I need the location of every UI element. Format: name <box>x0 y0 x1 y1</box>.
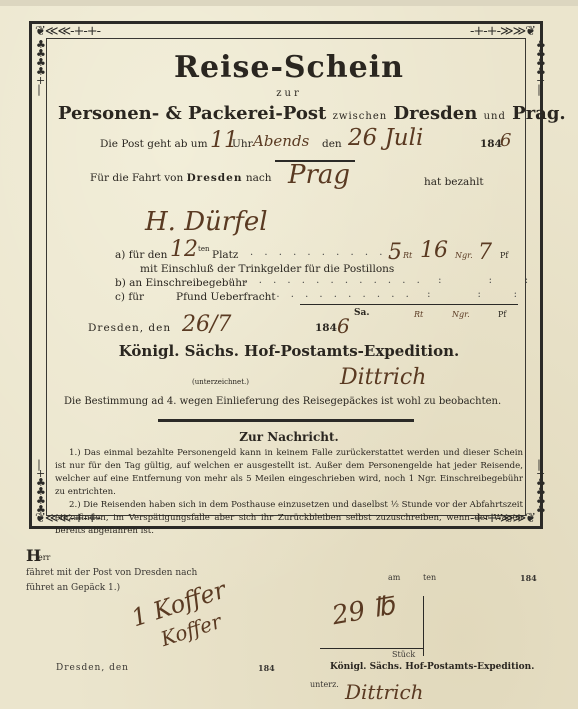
signature-handwritten: Dittrich <box>340 365 426 390</box>
slip-herr: err <box>38 553 50 562</box>
fee-a-label: a) für den <box>115 249 167 261</box>
fee-a-note: mit Einschluß der Trinkgelder für die Po… <box>140 263 394 275</box>
slip-ten: ten <box>423 573 436 582</box>
issue-year-handwritten: 6 <box>337 314 350 338</box>
corner-ornament-top-left-icon: ❦≪≪-+-+- <box>35 25 100 38</box>
departure-date-handwritten: 26 Juli <box>348 125 423 151</box>
subtitle-from: Dresden <box>393 103 477 124</box>
document-title: Reise-Schein <box>0 50 578 85</box>
slip-place: Dresden, den <box>56 663 129 673</box>
baggage-instruction: Die Bestimmung ad 4. wegen Einlieferung … <box>64 396 501 407</box>
title-zur: zur <box>0 88 578 99</box>
office-name: Königl. Sächs. Hof-Postamts-Expedition. <box>0 342 578 360</box>
departure-uhr: Uhr <box>232 138 253 150</box>
slip-unterz: unterz. <box>310 680 339 689</box>
fee-c-label: c) für <box>115 291 144 303</box>
fee-b-dots: . . . . . . . . . . . . . . : : : <box>230 275 532 286</box>
fee-a-ngr-unit: Ngr. <box>455 251 473 260</box>
sum-label: Sa. <box>354 308 369 318</box>
issue-year-print: 184 <box>315 322 337 334</box>
subtitle-service: Personen- & Packerei-Post <box>58 103 326 124</box>
notice-item-1: 1.) Das einmal bezahlte Personengeld kan… <box>55 447 523 499</box>
trip-nach: nach <box>246 172 272 184</box>
instruction-underline <box>158 419 414 422</box>
slip-year: 184 <box>520 573 537 583</box>
document-subtitle: Personen- & Packerei-Post zwischen Dresd… <box>58 103 566 124</box>
sum-pf-unit: Pf <box>498 310 506 319</box>
passenger-name-handwritten: H. Dürfel <box>145 207 268 237</box>
top-edge <box>0 0 578 6</box>
fee-a-pf-unit: Pf <box>500 251 508 260</box>
fee-a-rt-handwritten: 5 <box>388 240 402 265</box>
fee-c-dots: . . . . . . . . . . . : : : <box>262 289 521 300</box>
slip-signature-handwritten: Dittrich <box>345 680 424 704</box>
trip-prefix: Für die Fahrt von <box>90 172 183 184</box>
issue-place: Dresden, den <box>88 322 171 334</box>
departure-year-print: 184 <box>480 138 502 150</box>
fee-a-seat-handwritten: 12 <box>170 237 198 262</box>
slip-line1: fähret mit der Post von Dresden nach <box>26 568 197 578</box>
fee-a-seat-suffix: ten <box>198 245 209 253</box>
sum-rt-unit: Rt <box>414 310 423 319</box>
fee-b-label: b) an Einschreibegebühr <box>115 277 247 289</box>
slip-office: Königl. Sächs. Hof-Postamts-Expedition. <box>330 662 534 672</box>
subtitle-und: und <box>484 111 506 122</box>
sum-ngr-unit: Ngr. <box>452 310 470 319</box>
departure-line: Die Post geht ab um <box>100 138 208 150</box>
fee-a-dots: . . . . . . . . . . <box>250 247 386 258</box>
trip-from: Dresden <box>187 172 243 184</box>
notice-body: 1.) Das einmal bezahlte Personengeld kan… <box>55 447 523 538</box>
departure-den: den <box>322 138 342 150</box>
slip-year2: 184 <box>258 663 275 673</box>
notice-item-2: 2.) Die Reisenden haben sich in dem Post… <box>55 499 523 538</box>
vertical-ornament-bottom-left-icon: |+♣♣♣♣ <box>36 460 42 514</box>
subtitle-to: Prag. <box>512 103 566 124</box>
trip-paid: hat bezahlt <box>424 176 484 188</box>
slip-line2: führet an Gepäck 1.) <box>26 583 120 593</box>
trip-destination-handwritten: Prag <box>288 160 350 190</box>
fee-a-rt-unit: Rt <box>403 251 412 260</box>
departure-period-handwritten: Abends <box>253 132 309 150</box>
slip-am: am <box>388 573 400 582</box>
fee-a-platz: Platz <box>212 249 238 261</box>
fee-a-ngr-handwritten: 16 <box>420 238 448 263</box>
corner-ornament-top-right-icon: -+-+-≫≫❦ <box>470 25 535 38</box>
departure-year-handwritten: 6 <box>500 130 511 151</box>
slip-stueck: Stück <box>392 650 415 659</box>
departure-prefix: Die Post geht ab um <box>100 138 208 150</box>
slip-weight-rule <box>320 648 424 649</box>
issue-date-handwritten: 26/7 <box>182 312 231 337</box>
fee-c-rest: Pfund Ueberfracht <box>176 291 276 303</box>
notice-heading: Zur Nachricht. <box>0 430 578 444</box>
fee-a-pf-handwritten: 7 <box>478 240 492 265</box>
trip-line: Für die Fahrt von Dresden nach <box>90 172 271 184</box>
slip-weight-vertical <box>423 596 424 656</box>
subtitle-zwischen: zwischen <box>333 111 388 122</box>
signed-label: (unterzeichnet.) <box>192 378 249 386</box>
vertical-ornament-bottom-right-icon: |+♣♣♣♣ <box>536 460 542 514</box>
sum-rule <box>300 304 518 305</box>
